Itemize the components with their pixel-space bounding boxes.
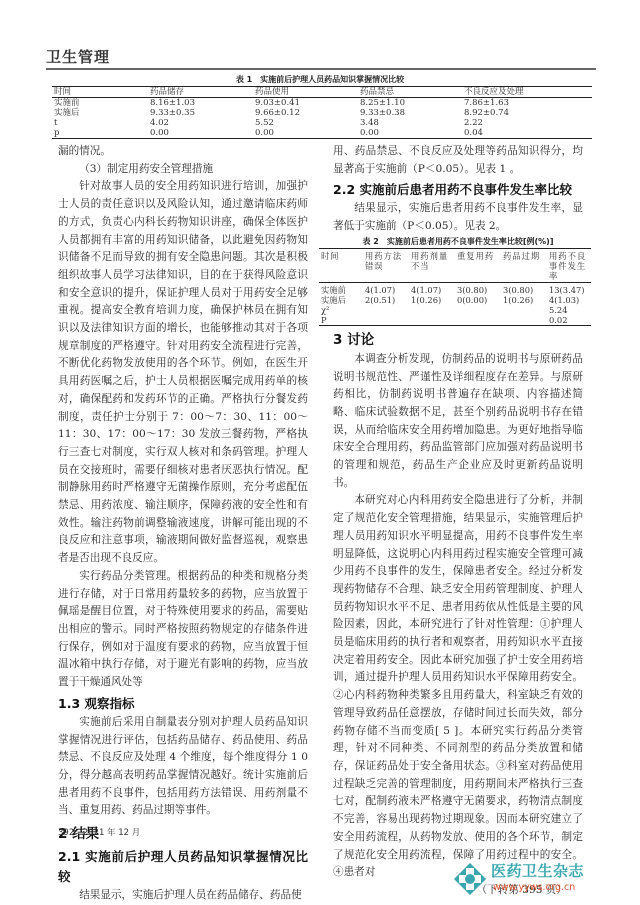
table-cell: 2.22 [462, 118, 592, 128]
table-row: P 0.02 [319, 315, 591, 326]
table2-caption: 表 2 实施前后患者用药不良事件发生率比较[例(%)] [333, 236, 583, 248]
table-cell: 7.86±1.63 [462, 98, 592, 109]
journal-logo: 医药卫生杂志 www.yyws.org.cn [453, 860, 603, 900]
section-heading-2-1: 2.1 实施前后护理人员药品知识掌握情况比较 [58, 847, 308, 887]
table-cell: 实施后 [52, 108, 148, 118]
table2-header: 用药剂量不当 [409, 248, 455, 282]
table-cell: 实施前 [52, 98, 148, 109]
table-cell [501, 305, 547, 315]
table-row: p 0.00 0.00 0.00 0.04 [52, 128, 592, 139]
table-cell [409, 305, 455, 315]
table2-header: 重复用药 [455, 248, 501, 282]
table-cell: 9.03±0.41 [253, 98, 358, 109]
table-cell: 1(0.26) [501, 295, 547, 305]
table-cell: 5.52 [253, 118, 358, 128]
table-cell: 0.04 [462, 128, 592, 139]
table-cell: p [52, 128, 148, 139]
table-cell: 9.66±0.12 [253, 108, 358, 118]
table1-caption: 表 1 实施前后护理人员药品知识掌握情况比较 [0, 74, 640, 85]
table2-header-row: 时间 用药方法错误 用药剂量不当 重复用药 药品过期 用药不良事件发生率 [319, 248, 591, 282]
table-cell: 8.92±0.74 [462, 108, 592, 118]
paragraph: 本研究对心内科用药安全隐患进行了分析，并制定了规范化安全管理措施，结果显示，实施… [333, 492, 583, 881]
table-cell: 0.00 [148, 128, 253, 139]
table1-header: 药品使用 [253, 87, 358, 98]
paragraph: 漏的情况。 [58, 143, 308, 161]
subsection-heading: （3）制定用药安全管理措施 [58, 161, 308, 179]
section-heading-1-3: 1.3 观察指标 [58, 694, 308, 714]
table-row: 实施前 8.16±1.03 9.03±0.41 8.25±1.10 7.86±1… [52, 98, 592, 109]
section-heading-3: 3 讨论 [333, 329, 583, 351]
table2-header: 用药不良事件发生率 [547, 248, 591, 282]
table1-header: 时间 [52, 87, 148, 98]
running-header-title: 卫生管理 [46, 46, 110, 67]
table-cell: 0.00 [253, 128, 358, 139]
table-cell: 13(3.47) [547, 282, 591, 295]
table-cell: 8.16±1.03 [148, 98, 253, 109]
table-cell: 9.33±0.35 [148, 108, 253, 118]
table-row: 实施后 2(0.51) 1(0.26) 0(0.00) 1(0.26) 4(1.… [319, 295, 591, 305]
table2-header: 药品过期 [501, 248, 547, 282]
paragraph: 实施前后采用自制量表分别对护理人员药品知识掌握情况进行评估，包括药品储存、药品使… [58, 714, 308, 820]
table-cell: 实施前 [319, 282, 363, 295]
table-cell [363, 315, 409, 326]
table2: 时间 用药方法错误 用药剂量不当 重复用药 药品过期 用药不良事件发生率 实施前… [319, 248, 591, 326]
table1-header: 药品禁忌 [358, 87, 462, 98]
table1-header: 药品储存 [148, 87, 253, 98]
page-footer: 392 2021 年 12 月 [58, 826, 140, 838]
table-row: 实施前 4(1.07) 4(1.07) 3(0.80) 3(0.80) 13(3… [319, 282, 591, 295]
table-cell: 9.33±0.38 [358, 108, 462, 118]
table-row: 实施后 9.33±0.35 9.66±0.12 9.33±0.38 8.92±0… [52, 108, 592, 118]
table1-header-row: 时间 药品储存 药品使用 药品禁忌 不良反应及处理 [52, 87, 592, 98]
paragraph: 本调查分析发现，仿制药品的说明书与原研药品说明书规范性、严谨性及详细程度存在差异… [333, 351, 583, 493]
table-cell [455, 305, 501, 315]
table-cell: 4(1.07) [409, 282, 455, 295]
paragraph: 实行药品分类管理。根据药品的种类和规格分类进行存储，对于日常用药量较多的药物，应… [58, 568, 308, 692]
table-cell: 实施后 [319, 295, 363, 305]
paragraph: 结果显示，实施后护理人员在药品储存、药品使 [58, 887, 308, 905]
logo-url: www.yyws.org.cn [493, 882, 575, 893]
table-cell: t [52, 118, 148, 128]
header-rule [46, 68, 596, 70]
table1-header: 不良反应及处理 [462, 87, 592, 98]
table-cell: 3(0.80) [455, 282, 501, 295]
table-cell [409, 315, 455, 326]
table-cell [501, 315, 547, 326]
table-cell: 4(1.03) [547, 295, 591, 305]
table-cell: 4.02 [148, 118, 253, 128]
paragraph: 用、药品禁忌、不良反应及处理等药品知识得分，均显著高于实施前（P＜0.05）。见… [333, 143, 583, 178]
table-cell: 1(0.26) [409, 295, 455, 305]
table-row: t 4.02 5.52 3.48 2.22 [52, 118, 592, 128]
section-heading-2-2: 2.2 实施前后患者用药不良事件发生率比较 [333, 180, 583, 200]
table-cell: χ² [319, 305, 363, 315]
table-cell: 3(0.80) [501, 282, 547, 295]
table-cell [455, 315, 501, 326]
table2-header: 用药方法错误 [363, 248, 409, 282]
logo-name: 医药卫生杂志 [491, 860, 584, 881]
table-cell: 8.25±1.10 [358, 98, 462, 109]
paragraph: 结果显示，实施后患者用药不良事件发生率，显著低于实施前（P＜0.05）。见表 2… [333, 200, 583, 235]
table2-header: 时间 [319, 248, 363, 282]
table-cell: 3.48 [358, 118, 462, 128]
right-column: 用、药品禁忌、不良反应及处理等药品知识得分，均显著高于实施前（P＜0.05）。见… [333, 143, 583, 900]
table-row: χ² 5.24 [319, 305, 591, 315]
table-cell: 5.24 [547, 305, 591, 315]
paragraph: 针对故事人员的安全用药知识进行培训，加强护士人员的责任意识以及风险认知，通过邀请… [58, 178, 308, 567]
medical-cross-icon [453, 862, 487, 896]
table-cell: 0.02 [547, 315, 591, 326]
table-cell: 0(0.00) [455, 295, 501, 305]
table-cell [363, 305, 409, 315]
table1: 时间 药品储存 药品使用 药品禁忌 不良反应及处理 实施前 8.16±1.03 … [52, 86, 592, 139]
left-column: 漏的情况。 （3）制定用药安全管理措施 针对故事人员的安全用药知识进行培训，加强… [58, 143, 308, 905]
table-cell: P [319, 315, 363, 326]
table-cell: 4(1.07) [363, 282, 409, 295]
table-cell: 2(0.51) [363, 295, 409, 305]
table-cell: 0.00 [358, 128, 462, 139]
